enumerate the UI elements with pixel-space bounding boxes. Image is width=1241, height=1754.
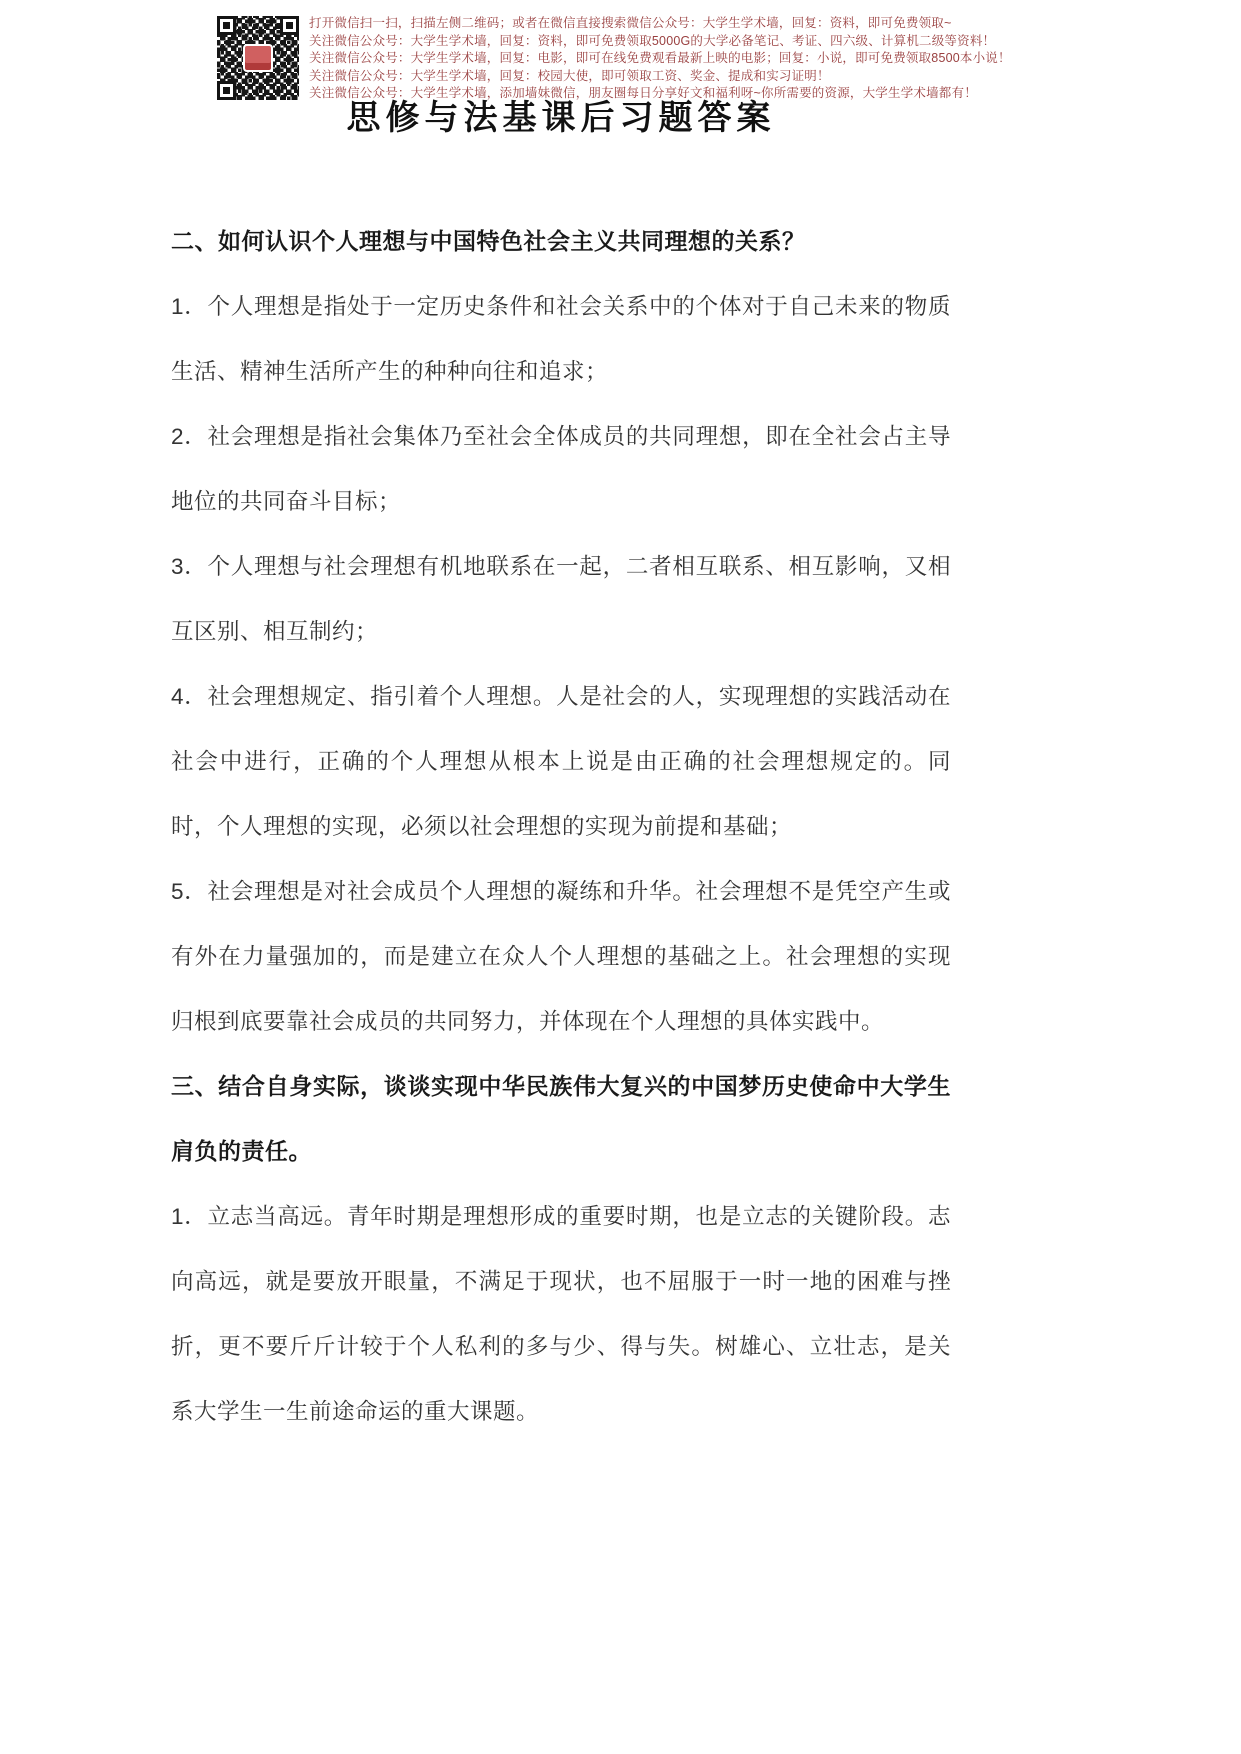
- promo-line-2: 关注微信公众号：大学生学术墙，回复：资料，即可免费领取5000G的大学必备笔记、…: [309, 33, 1011, 51]
- section-2-heading: 二、如何认识个人理想与中国特色社会主义共同理想的关系？: [171, 209, 951, 274]
- qr-finder-top-left-icon: [217, 16, 236, 35]
- promo-line-4: 关注微信公众号：大学生学术墙，回复：校园大使，即可领取工资、奖金、提成和实习证明…: [309, 68, 1011, 86]
- section-2-paragraph-4: 4．社会理想规定、指引着个人理想。人是社会的人，实现理想的实践活动在社会中进行，…: [171, 664, 951, 859]
- section-2-paragraph-2: 2．社会理想是指社会集体乃至社会全体成员的共同理想，即在全社会占主导地位的共同奋…: [171, 404, 951, 534]
- promo-header: 打开微信扫一扫，扫描左侧二维码；或者在微信直接搜索微信公众号：大学生学术墙，回复…: [215, 14, 1011, 103]
- section-2-paragraph-5: 5．社会理想是对社会成员个人理想的凝练和升华。社会理想不是凭空产生或有外在力量强…: [171, 859, 951, 1054]
- promo-line-1: 打开微信扫一扫，扫描左侧二维码；或者在微信直接搜索微信公众号：大学生学术墙，回复…: [309, 15, 1011, 33]
- section-3-heading: 三、结合自身实际，谈谈实现中华民族伟大复兴的中国梦历史使命中大学生肩负的责任。: [171, 1054, 951, 1184]
- qr-code-icon: [215, 14, 301, 102]
- qr-center-logo-icon: [243, 44, 273, 72]
- promo-line-3: 关注微信公众号：大学生学术墙，回复：电影，即可在线免费观看最新上映的电影；回复：…: [309, 50, 1011, 68]
- page-title: 思修与法基课后习题答案: [170, 98, 952, 138]
- document-body: 二、如何认识个人理想与中国特色社会主义共同理想的关系？ 1．个人理想是指处于一定…: [171, 209, 951, 1444]
- section-3-paragraph-1: 1．立志当高远。青年时期是理想形成的重要时期，也是立志的关键阶段。志向高远，就是…: [171, 1184, 951, 1444]
- section-2-paragraph-3: 3．个人理想与社会理想有机地联系在一起，二者相互联系、相互影响，又相互区别、相互…: [171, 534, 951, 664]
- promo-text-block: 打开微信扫一扫，扫描左侧二维码；或者在微信直接搜索微信公众号：大学生学术墙，回复…: [309, 14, 1011, 103]
- qr-finder-top-right-icon: [280, 16, 299, 35]
- section-2-paragraph-1: 1．个人理想是指处于一定历史条件和社会关系中的个体对于自己未来的物质生活、精神生…: [171, 274, 951, 404]
- document-page: 打开微信扫一扫，扫描左侧二维码；或者在微信直接搜索微信公众号：大学生学术墙，回复…: [0, 0, 1241, 1754]
